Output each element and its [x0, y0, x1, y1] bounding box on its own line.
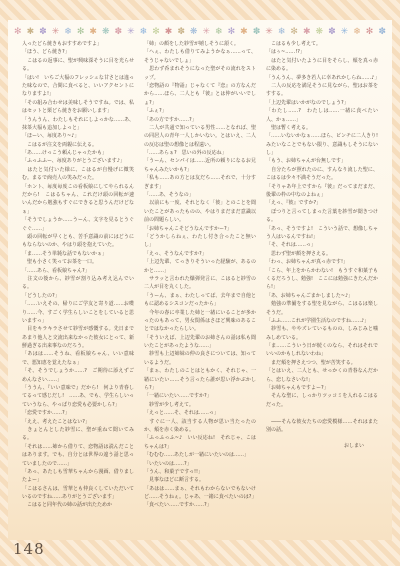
paragraph: 注文の後から、紗雪が割り込み考え込んでいる。 — [22, 275, 134, 292]
paragraph: 「うーん、センパイは……近所の頼りになるお兄ちゃんみたいかも?」 — [144, 157, 256, 174]
paragraph: こはるの返事に、聖が興味深そうに目を光らせる。 — [22, 57, 134, 74]
paragraph: 見事なほどに断言する。 — [144, 476, 256, 484]
paragraph: 「うん、和菓子ですっ!!」 — [144, 468, 256, 476]
paragraph: はたと気付いた様に、こはるが自慢げに微笑む。まるで商売人の笑みだった。 — [22, 166, 134, 183]
paragraph: 「まぁ、わたしのことはともかく、それじゃ、一緒にいたい……そう言ったら誰が思い浮… — [144, 367, 256, 392]
paragraph: 「ま……そう単純な話でもないかぁ」 — [22, 250, 134, 258]
paragraph: 紗雪が少し考えて。 — [144, 401, 256, 409]
paragraph: 「姉」の顔をした紗雪が嬉しそうに頷く。 — [144, 40, 256, 48]
paragraph: 「ふふ……これが学園生活なのですね……♪」 — [266, 317, 378, 325]
paragraph: 「どうかしらねぇ、わたし付き合ったこと無いし」 — [144, 233, 256, 250]
snowflake-ornament: ✻ — [290, 28, 298, 37]
snowflake-ornament: ✻ — [152, 28, 160, 37]
paragraph: 思わず呑まれそうになった聖がその流れをストップ。 — [144, 65, 256, 82]
paragraph: 「食べたい……ですか……?」 — [144, 501, 256, 509]
paragraph: 「あはは……そうね、看板娘ちゃん、いい意味で、悪知恵を覚えたなぁ」 — [22, 350, 134, 367]
paragraph: 「……いないかなぁ……ほら、ピンチに二人きり! みたいなことでもない限り、意識も… — [266, 132, 378, 157]
snowflake-ornament: ✽ — [378, 28, 386, 37]
paragraph: 「あ、お姉ちゃんごまかしました~♪」 — [266, 292, 378, 300]
paragraph: 「はい! いちご大福のフレッシュな甘さとは違った味なので、合間に食べると、いいア… — [22, 74, 134, 99]
paragraph: 「私も……あの方とは友だち……それで、十分すぎます」 — [144, 174, 256, 191]
snowflake-ornament: ✳ — [127, 28, 135, 37]
snowflake-ornament: ✱ — [240, 28, 248, 37]
snowflake-ornament: ✱ — [27, 28, 35, 37]
snowflake-ornament: ❄ — [353, 28, 361, 37]
paragraph: 「お姉ちゃんこそどうなんですかー?」 — [144, 225, 256, 233]
snowflake-ornament: ✳ — [265, 28, 273, 37]
column-3-paragraphs: こはるも少し考えて。「はぅ~……!?」 はたと気付いたように目をそらし、頬を真っ… — [266, 40, 378, 434]
paragraph: 「えっ、そうなんですか?」 — [144, 250, 256, 258]
paragraph: 「恋愛ですか……?」 — [22, 409, 134, 417]
paragraph: 「ううん、『いい意味で』だから! 何より青春してるって感じだし! ……あ、でも、… — [22, 384, 134, 409]
paragraph: 「その組み合わせは美味しそうですね。では、私はセットと栗どら焼きをお願いします」 — [22, 99, 134, 116]
paragraph: 「ふっふふー、毎度ありがとうございます♪」 — [22, 157, 134, 165]
paragraph: 「わたし……? わたしは……一緒に食べたい人、かぁ……」 — [266, 107, 378, 124]
paragraph: 以前にも一度、それとなく「彼」とのことを聞いたことがあったものの、やはりまだまだ… — [144, 199, 256, 224]
paragraph — [266, 409, 378, 417]
paragraph: 二人が共通で知っている男性……となれば、聖の同居人の青年一人しかいない。とはいえ… — [144, 124, 256, 149]
snowflake-ornament: ✻ — [14, 28, 22, 37]
paragraph: 「ええ、考えたことはない?」 — [22, 418, 134, 426]
paragraph: 聖も小さく笑ってお茶を一口。 — [22, 258, 134, 266]
text-area: 入ったどら焼きもおすすめですよ」「ほう、どら焼き?」 こはるの返事に、聖が興味深… — [22, 40, 378, 536]
ending-mark: おしまい — [266, 442, 378, 450]
paragraph: 「むむむ……あたしが一緒にいたいのは……」 — [144, 451, 256, 459]
paragraph: 自分たちが照れたのに、すんなり流した聖に、こはるは少々不満そうだった。 — [266, 166, 378, 183]
paragraph: 紗雪も、ややズレているものの、しみじみと噛みしめている。 — [266, 325, 378, 342]
paragraph: 「えっ、『彼』ですか?」 — [266, 199, 378, 207]
paragraph: 「ホント、毎度毎度この看板娘にしてやられるんだから! こはるちゃん、これだけ頭の… — [22, 183, 134, 217]
paragraph: 「……いえその、帰りにご学友と寄り道……お喋り……今、すごく学生らしいことをして… — [22, 300, 134, 325]
snowflake-ornament: ✽ — [177, 28, 185, 37]
text-column-3: こはるも少し考えて。「はぅ~……!?」 はたと気付いたように目をそらし、頬を真っ… — [266, 40, 378, 536]
paragraph: サラッと言われた爆弾発言に、こはると紗雪の二人が目を丸くした。 — [144, 275, 256, 292]
snowflake-ornament: ✱ — [165, 28, 173, 37]
paragraph: きょとんとした紗雪に、聖が重ねて聞いてみる。 — [22, 426, 134, 443]
paragraph: 「いたいのは……?」 — [144, 460, 256, 468]
paragraph: 「上辺先輩、てっきりそういった経験が、あるのかと……」 — [144, 258, 256, 275]
paragraph: 「……あら、看板娘ちゃん?」 — [22, 267, 134, 275]
paragraph: 「……あらぁ? 思いの外の反応ね」 — [144, 149, 256, 157]
ornament-row: ✻✱✽✳❄✻✱❋✽✳❄✻✱✽❋✳❄✻✱✽✳❄✻✱❋✽✳❄✻✽ — [14, 26, 386, 38]
snowflake-ornament: ❄ — [278, 28, 286, 37]
paragraph: 「わっ、お姉ちゃんが真っ赤です!」 — [266, 258, 378, 266]
snowflake-ornament: ✳ — [52, 28, 60, 37]
paragraph: ぽつりと言ってしまった言葉を紗雪が聞きつける。 — [266, 208, 378, 225]
snowflake-ornament: ✱ — [303, 28, 311, 37]
paragraph: 「あ……けっこう頼んじゃったかも」 — [22, 149, 134, 157]
paragraph: 「ま……こういう日が続くのなら、それはそれでいいのかもしれないわね」 — [266, 342, 378, 359]
paragraph: 「ふっふっふ~♪ いい反応ね! それじゃ、こはちゃんは?」 — [144, 434, 256, 451]
paragraph: 「えっと……そ、それは……っ」 — [144, 409, 256, 417]
paragraph: こはるが注文を両親に伝える。 — [22, 141, 134, 149]
paragraph: 「……あ、そうなの」 — [144, 191, 256, 199]
paragraph: 「はぅ~……!?」 — [266, 48, 378, 56]
snowflake-ornament: ✻ — [366, 28, 374, 37]
snowflake-ornament: ❋ — [190, 28, 198, 37]
book-page: { "page": { "number": "148", "ending_mar… — [0, 0, 400, 566]
paragraph: 聖は暫く考える。 — [266, 124, 378, 132]
paragraph: 「うーん、まぁ、わたしってば、去年まで自他ともに認めるシスコンだったから」 — [144, 292, 256, 309]
paragraph: こはるも少し考えて。 — [266, 40, 378, 48]
paragraph: 「もう、お姉ちゃんが台無しです」 — [266, 157, 378, 165]
paragraph: まだ頬を押さえつつ、聖が苦笑する。 — [266, 359, 378, 367]
snowflake-ornament: ✱ — [89, 28, 97, 37]
snowflake-ornament: ✳ — [202, 28, 210, 37]
paragraph: 勉強の準備をする聖を見ながら、こはるは楽しそうだ。 — [266, 300, 378, 317]
paragraph: 「あっ、そうですよ! こういう話で、想像しちゃう人はいるんですね!」 — [266, 225, 378, 242]
paragraph: 「どうしたの?」 — [22, 292, 134, 300]
paragraph: 「あの方ですか……?」 — [144, 116, 256, 124]
paragraph: すぐに一人、該当する人物が思い当たったのか、頬を赤く染める。 — [144, 418, 256, 435]
snowflake-ornament: ❄ — [64, 28, 72, 37]
paragraph: 「そ、それは……っ」 — [266, 241, 378, 249]
snowflake-ornament: ❄ — [140, 28, 148, 37]
paragraph: 「そりゃあ年上ですから『彼』だってまだまだ、後輩の枠の中なのよねぇ」 — [266, 183, 378, 200]
paragraph: 「恋物語の『物語』じゃなくて『恋』の方なんだから……ほら、二人とも『彼』とは仲が… — [144, 82, 256, 107]
paragraph: 入ったどら焼きもおすすめですよ」 — [22, 40, 134, 48]
paragraph: 「そ、そうでしょうか……? ご期待に添えずごめんなさい……」 — [22, 367, 134, 384]
paragraph: 二人の反応を満足そうに見ながら、聖はお茶をすする。 — [266, 82, 378, 99]
paragraph: ――そんな彼女たちの恋愛模様……それはまた別の話。 — [266, 418, 378, 435]
paragraph: 「とはいえ、二人とも、せっかくの青春なんだから、恋しなさいな!」 — [266, 367, 378, 384]
snowflake-ornament: ✽ — [115, 28, 123, 37]
snowflake-ornament: ❄ — [215, 28, 223, 37]
snowflake-ornament: ❋ — [316, 28, 324, 37]
paragraph: 「ふぇ?」 — [144, 107, 256, 115]
paragraph: そんな聖に、しっかりツッコミを入れるこはるだった。 — [266, 392, 378, 409]
paragraph: 「それは……姉から借りて、恋物語は読んだことはあります。でも、自分とは世界の違う… — [22, 443, 134, 468]
paragraph: 「ほう、どら焼き?」 — [22, 48, 134, 56]
paragraph: 頭の回転が早くとも、苦手意識の前にはどうにもならないのか、やはり頭を抱えていた。 — [22, 233, 134, 250]
paragraph: 「あっ、あたしも雪華ちゃんから漫画、借りましたよー」 — [22, 468, 134, 485]
paragraph: 「へぇ、わたしも借りてみようかなぁ……って、そうじゃないでしょ」 — [144, 48, 256, 65]
paragraph: はたと気付いたように目をそらし、頬を真っ赤に染める。 — [266, 57, 378, 74]
paragraph: 「こら、年上をからかわない! もうすぐ和菓子もくるだろうし、勉強! ここには勉強… — [266, 267, 378, 292]
snowflake-ornament: ✻ — [228, 28, 236, 37]
snowflake-ornament: ✽ — [39, 28, 47, 37]
paragraph: 「一緒にいたい……ですか?」 — [144, 392, 256, 400]
paragraph: 「お姉ちゃんもですよー?」 — [266, 384, 378, 392]
snowflake-ornament: ❋ — [102, 28, 110, 37]
paragraph: 「うんうん、わたしもそれにしよっかな……あ、抹茶大福も追加しよっと」 — [22, 116, 134, 133]
paragraph: 紗雪も上辺姉妹の仲の良さについては、知っているようだ。 — [144, 350, 256, 367]
snowflake-ornament: ✽ — [253, 28, 261, 37]
page-number: 148 — [13, 540, 45, 558]
text-column-1: 入ったどら焼きもおすすめですよ」「ほう、どら焼き?」 こはるの返事に、聖が興味深… — [22, 40, 134, 536]
paragraph: 「上辺先輩はいかがなのでしょう?」 — [266, 99, 378, 107]
paragraph: こはると同年代の姉の話が出たためか — [22, 501, 134, 509]
paragraph: 「うんうん、夢多き若人に幸あれかしらね……♪」 — [266, 74, 378, 82]
paragraph: 思わず聖が顔を押さえる。 — [266, 250, 378, 258]
paragraph: 「あはは……まぁ、それもわからないでもないけど……そうねぇ。じゃあ、一緒に食べた… — [144, 485, 256, 502]
paragraph: 今年の春に卒業した姉と一緒にいることが多かったのもあって、男女関係はさほど興味の… — [144, 309, 256, 334]
snowflake-ornament: ✳ — [341, 28, 349, 37]
snowflake-ornament: ✽ — [328, 28, 336, 37]
paragraph: 「そういえば、上辺先輩のお姉さんの話は私も聞いたことがあったような……」 — [144, 334, 256, 351]
paragraph: 目をキラキラさせて紗雪が感慨する。先日まであまり他人と交流出来なかった彼女にとっ… — [22, 325, 134, 350]
paragraph: 「ほーい、毎度あり~♪」 — [22, 132, 134, 140]
snowflake-ornament: ✻ — [77, 28, 85, 37]
text-column-2: 「姉」の顔をした紗雪が嬉しそうに頷く。「へぇ、わたしも借りてみようかなぁ……って… — [144, 40, 256, 536]
paragraph: 「こはるさんは、雪華とも仲良くしていただいているのですね……ありがとうございます… — [22, 485, 134, 502]
paragraph: 「そうでしょうか……うーん、文字を見るとうぐぐぐ……」 — [22, 216, 134, 233]
